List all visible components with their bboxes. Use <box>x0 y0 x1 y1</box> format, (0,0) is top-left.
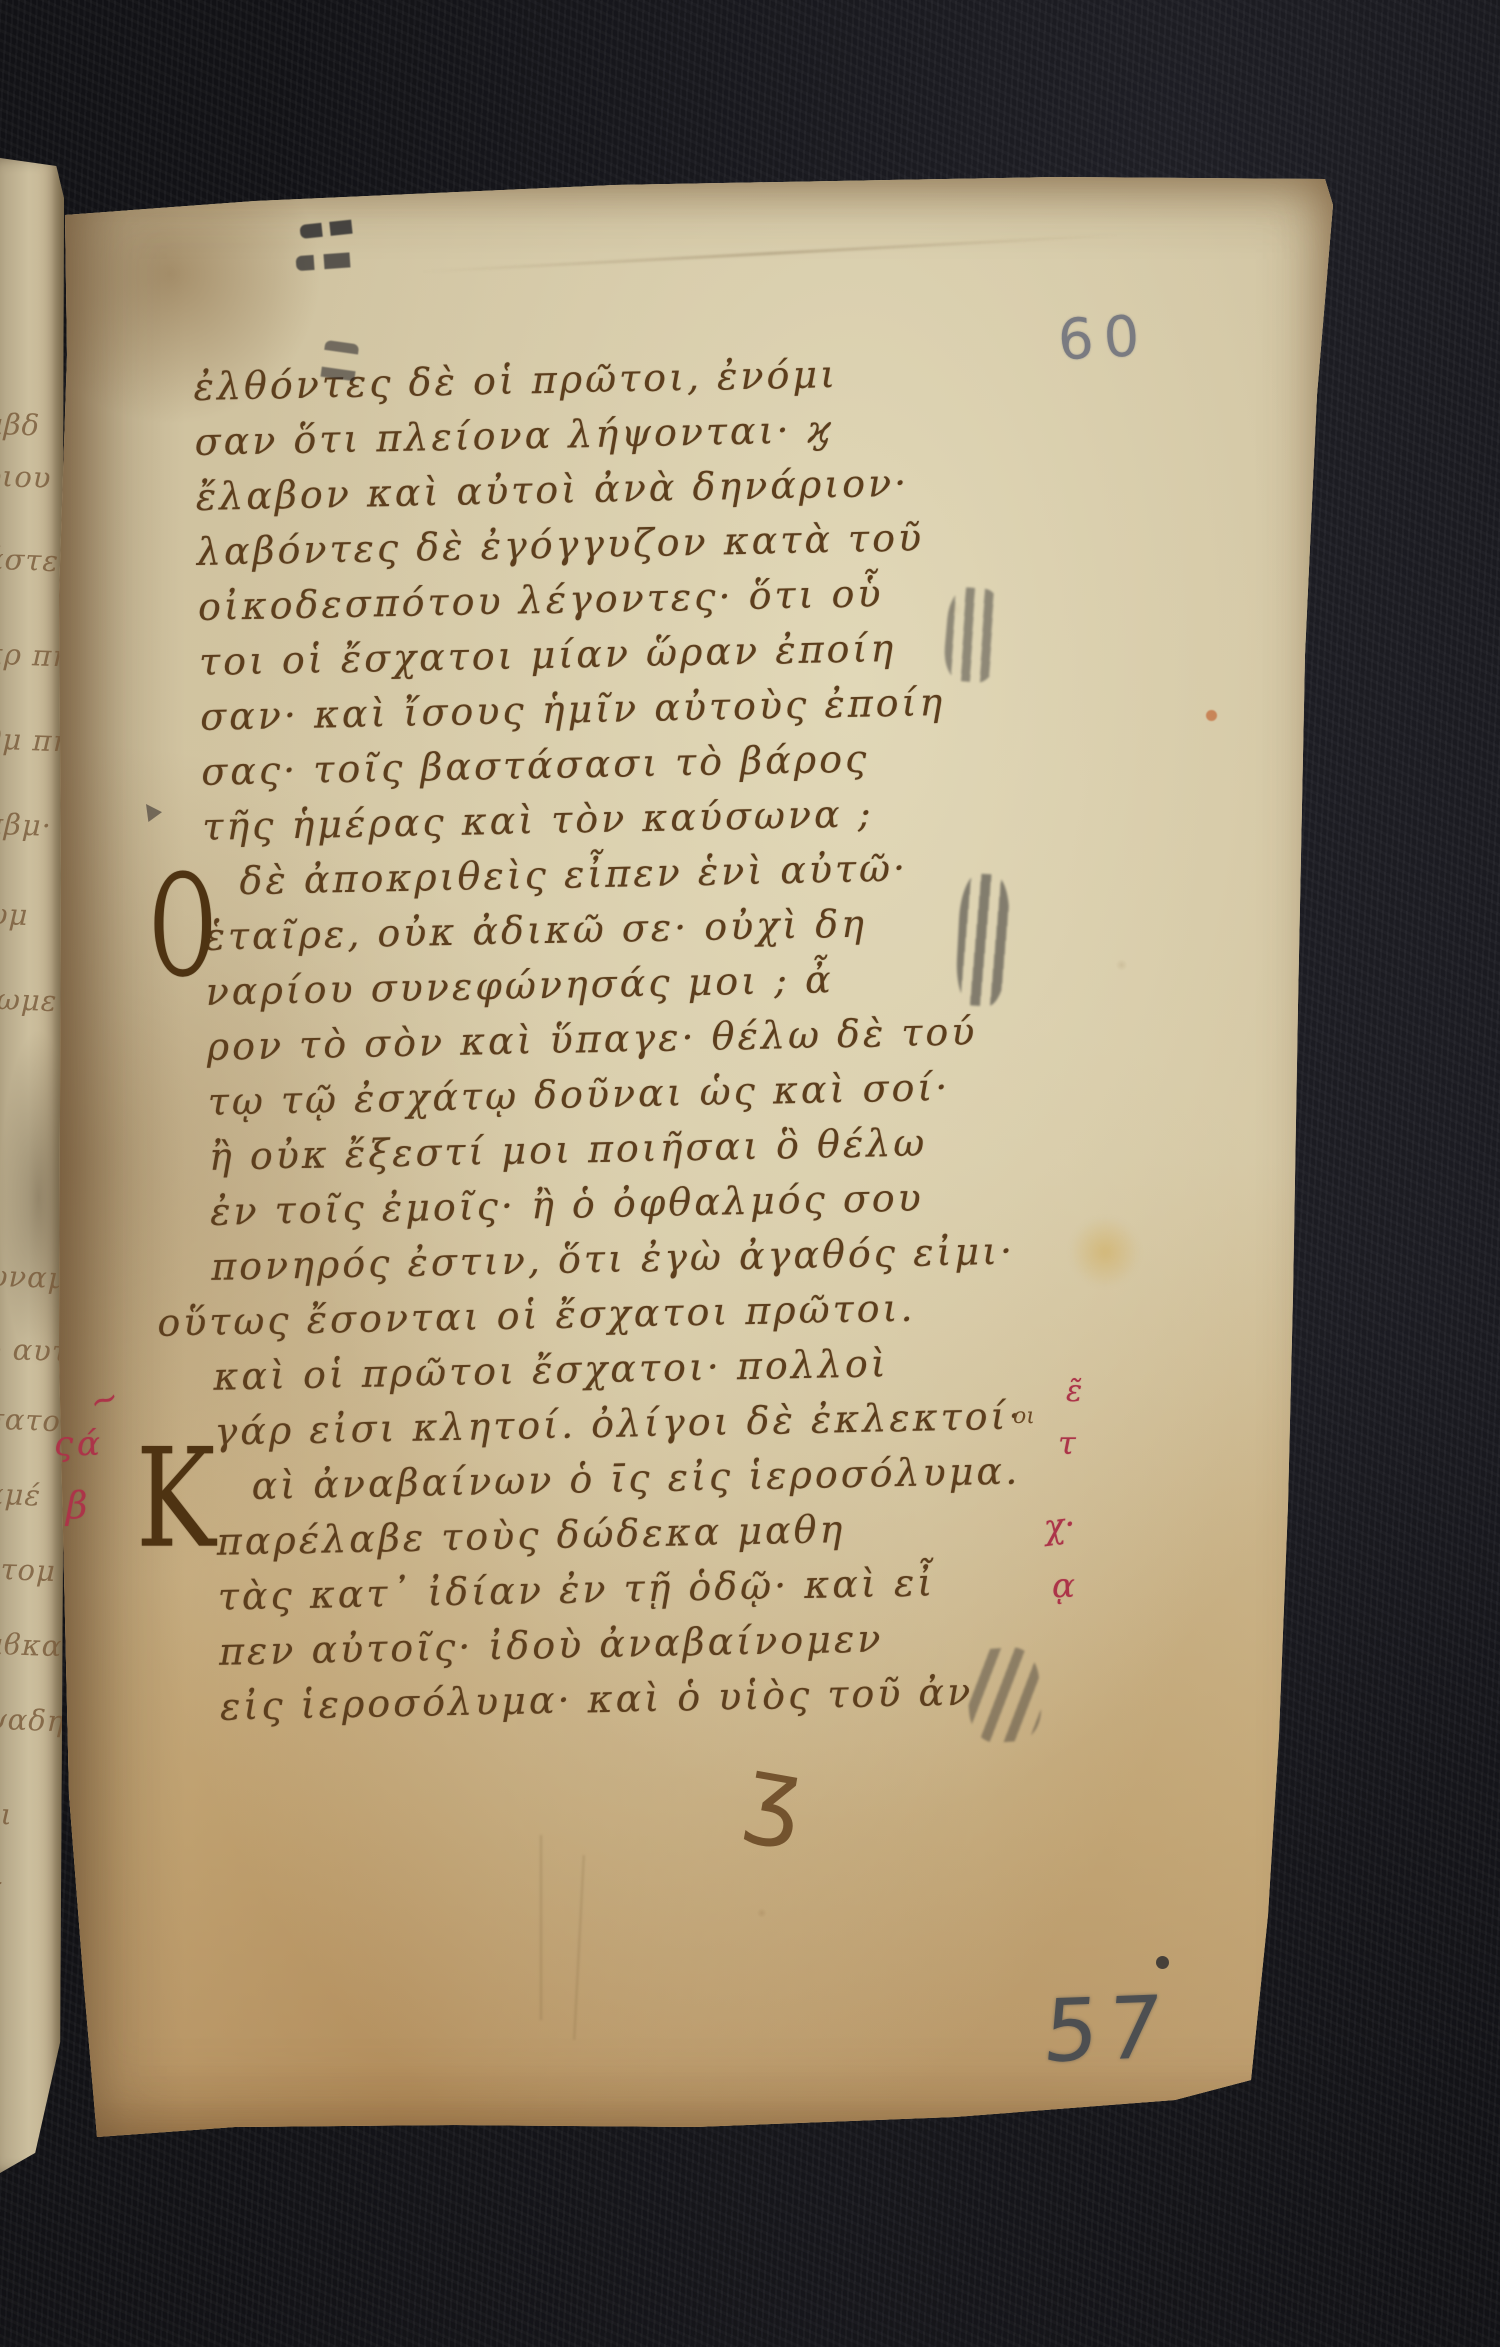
right-rubric-lower: ᾳ <box>1052 1566 1075 1606</box>
left-rubric-canon-number: β <box>66 1484 87 1527</box>
page-edge-text-fragment: ϊωμε <box>0 982 64 1019</box>
manuscript-photo: μβδ ριου τ άστε κρ πη θμ πή πβμ· ωμ ϊωμε… <box>0 0 1500 2347</box>
page-edge-text-fragment: ωναμ <box>0 1259 64 1296</box>
parchment-fiber-line <box>540 1835 542 2020</box>
page-edge-text-fragment: μϐκα <box>0 1627 64 1664</box>
folio-number-bottom: 57 <box>1040 1978 1174 2083</box>
initial-omicron: Ο <box>150 846 216 1009</box>
right-rubric-upper: τ <box>1058 1424 1076 1462</box>
page-edge-text-fragment: ετομ <box>0 1552 64 1589</box>
page-edge-text-fragment: μβδ <box>0 407 64 444</box>
superscript-letters: οι <box>1013 1404 1035 1429</box>
greek-text-block: ἐλθόντες δὲ οἱ πρῶτοι, ἐνόμι σαν ὅτι πλε… <box>193 341 1160 1735</box>
yellow-stain <box>1068 1218 1142 1286</box>
ink-smudge <box>965 1646 1043 1745</box>
right-rubric-lower: χ· <box>1041 1504 1078 1548</box>
right-rubric-upper: ε̃ <box>1066 1374 1082 1409</box>
page-edge-text-fragment: ο αυτϐ <box>0 1332 64 1369</box>
gutter-shadow <box>55 175 185 2150</box>
page-edge-text-fragment: θμ πή <box>0 722 64 759</box>
orange-spot <box>1206 710 1217 721</box>
page-edge-text-fragment: ει <box>0 1797 64 1834</box>
page-edge-text-fragment: πβμ· <box>0 807 64 844</box>
page-edge-text-fragment: άστε <box>0 542 64 579</box>
initial-kappa: Κ <box>136 1420 215 1579</box>
page-edge-text-fragment: ὶ <box>0 1177 64 1214</box>
underlying-leaf-edges: μβδ ριου τ άστε κρ πη θμ πή πβμ· ωμ ϊωμε… <box>0 158 64 2173</box>
page-edge-text-fragment: ριου τ <box>0 459 64 496</box>
left-rubric-section-number: ςά <box>54 1424 104 1464</box>
ink-dash-marks <box>319 340 360 394</box>
page-edge-text-fragment: κρ πη <box>0 637 64 674</box>
page-edge-text-fragment: ἁμέ <box>0 1477 64 1514</box>
page-edge-text-fragment: ψαδην <box>0 1702 64 1739</box>
page-edge-text-fragment: ωμ <box>0 897 64 934</box>
page-edge-text-fragment: ζ <box>0 1877 64 1914</box>
folio-number-top: 60 <box>1056 304 1151 374</box>
dark-spot <box>1156 1956 1169 1969</box>
